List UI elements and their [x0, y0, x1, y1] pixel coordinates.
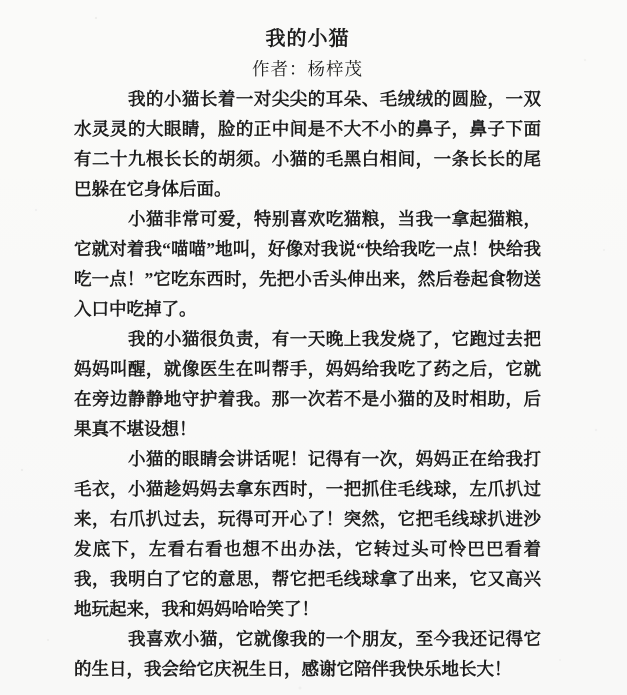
essay-paragraph: 小猫非常可爱，特别喜欢吃猫粮，当我一拿起猫粮，它就对着我“喵喵”地叫，好像对我说… [74, 204, 541, 324]
essay-paragraph: 我喜欢小猫，它就像我的一个朋友，至今我还记得它的生日，我会给它庆祝生日，感谢它陪… [74, 624, 541, 684]
essay-paragraph: 小猫的眼睛会讲话呢！记得有一次，妈妈正在给我打毛衣，小猫趁妈妈去拿东西时，一把抓… [74, 444, 541, 624]
essay-paragraph: 我的小猫长着一对尖尖的耳朵、毛绒绒的圆脸，一双水灵灵的大眼睛，脸的正中间是不大不… [74, 84, 541, 204]
essay-author-line: 作者：杨梓茂 [74, 54, 541, 84]
essay-paragraph: 我的小猫很负责，有一天晚上我发烧了，它跑过去把妈妈叫醒，就像医生在叫帮手，妈妈给… [74, 324, 541, 444]
essay-title: 我的小猫 [74, 24, 541, 54]
scanned-essay-page: 我的小猫 作者：杨梓茂 我的小猫长着一对尖尖的耳朵、毛绒绒的圆脸，一双水灵灵的大… [0, 0, 627, 695]
